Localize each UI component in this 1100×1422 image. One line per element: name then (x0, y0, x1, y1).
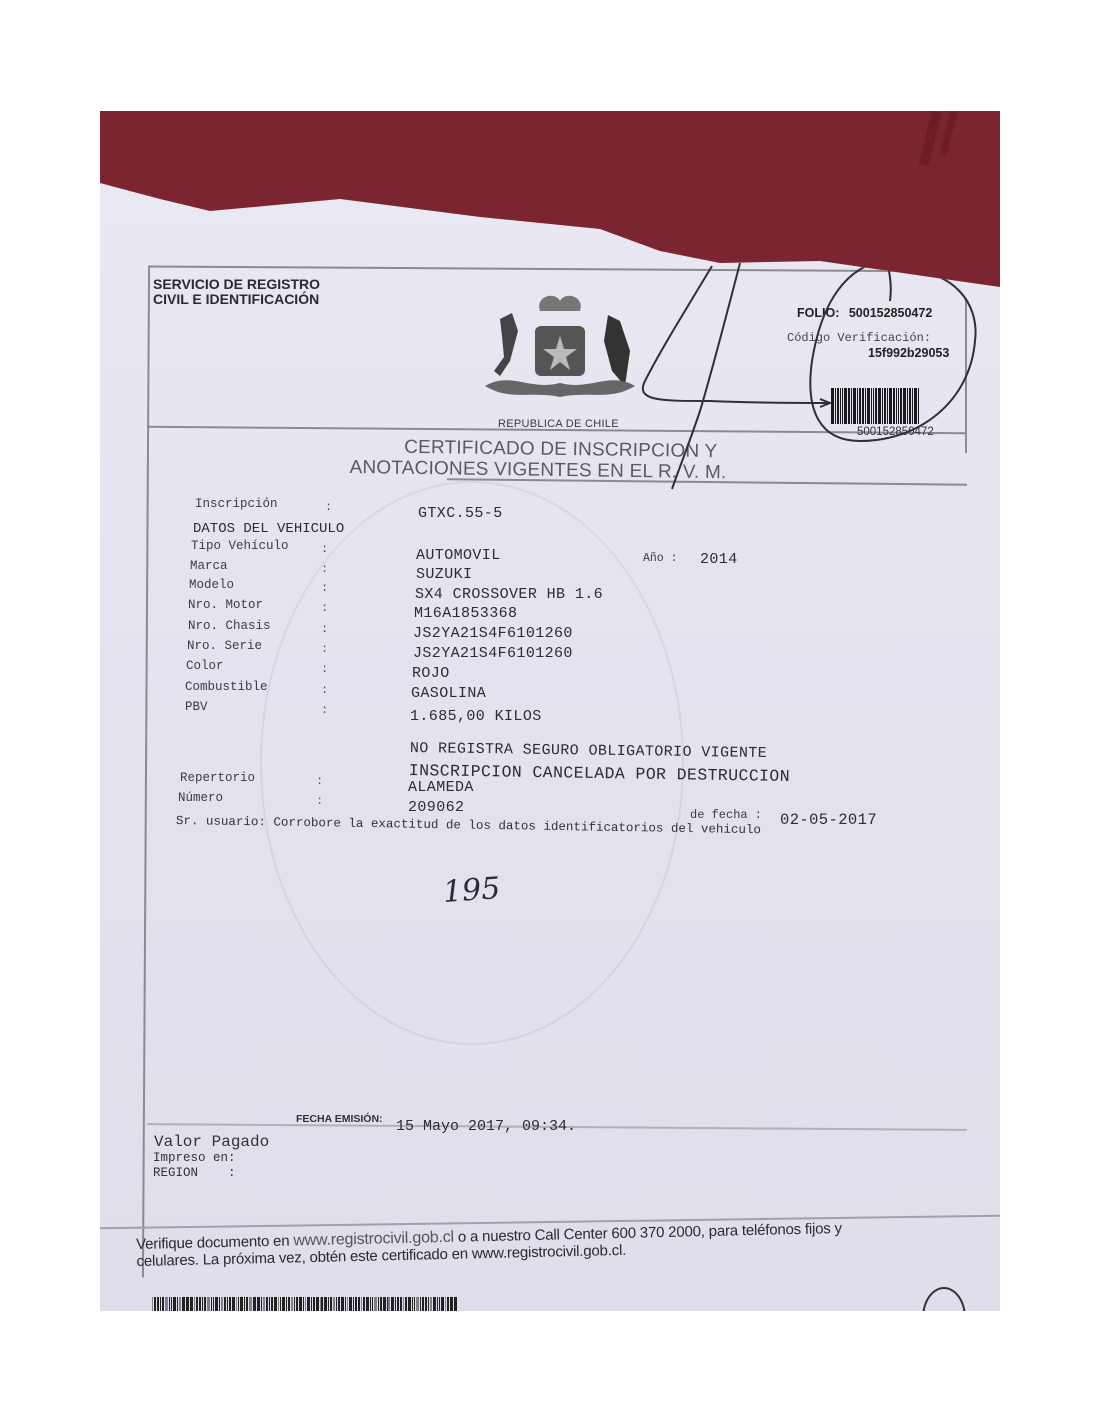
impreso-block: Impreso en: REGION : (153, 1151, 236, 1181)
colon: : (321, 542, 328, 556)
year-label: Año : (643, 552, 678, 565)
certificate-title: CERTIFICADO DE INSCRIPCION Y ANOTACIONES… (349, 436, 726, 483)
folio-label: FOLIO: (797, 306, 839, 320)
vehicle-field-value: AUTOMOVIL (416, 547, 501, 564)
vehicle-field-value: M16A1853368 (414, 605, 517, 622)
coat-of-arms-icon (480, 291, 640, 411)
colon: : (321, 562, 328, 576)
region-label: REGION (153, 1166, 198, 1180)
certificate-paper: SERVICIO DE REGISTRO CIVIL E IDENTIFICAC… (100, 111, 1000, 1311)
vehicle-field-value: JS2YA21S4F6101260 (413, 625, 573, 642)
vehicle-field-label: Nro. Chasis (188, 619, 271, 633)
vehicle-field-value: JS2YA21S4F6101260 (413, 645, 573, 662)
colon: : (316, 794, 323, 808)
de-fecha-label-text: de fecha (690, 808, 748, 822)
organization-line-1: SERVICIO DE REGISTRO (153, 277, 320, 292)
surface-mark (940, 111, 958, 156)
vehicle-field-value: GASOLINA (411, 685, 486, 702)
numero-label: Número (178, 791, 223, 805)
vehicle-field-value: 1.685,00 KILOS (410, 708, 542, 725)
fecha-emision-label: FECHA EMISIÓN: (296, 1113, 383, 1125)
region-line: REGION : (153, 1166, 236, 1181)
crest-caption: REPUBLICA DE CHILE (498, 418, 619, 430)
vehicle-field-value: SUZUKI (416, 566, 472, 583)
colon: : (321, 622, 328, 636)
vehicle-field-label: Combustible (185, 680, 268, 694)
organization-name: SERVICIO DE REGISTRO CIVIL E IDENTIFICAC… (153, 277, 320, 307)
surface-mark (918, 111, 941, 166)
vehicle-field-value: ROJO (412, 665, 450, 682)
repertorio-value: ALAMEDA (408, 779, 474, 796)
repertorio-label: Repertorio (180, 771, 255, 785)
colon: : (321, 662, 328, 676)
de-fecha-value: 02-05-2017 (780, 811, 877, 829)
verification-label: Código Verificación: (787, 331, 931, 345)
vehicle-field-label: Modelo (189, 578, 234, 592)
barcode-number: 500152850472 (857, 426, 934, 438)
impreso-en: Impreso en: (153, 1151, 236, 1166)
section-heading: DATOS DEL VEHICULO (193, 521, 344, 537)
folio: FOLIO: 500152850472 (797, 306, 932, 320)
colon: : (321, 703, 328, 717)
photo-background: SERVICIO DE REGISTRO CIVIL E IDENTIFICAC… (100, 111, 1000, 1311)
valor-pagado: Valor Pagado (154, 1133, 269, 1151)
colon: : (325, 500, 332, 514)
colon: : (316, 774, 323, 788)
colon: : (321, 683, 328, 697)
handwritten-arc (922, 1287, 966, 1311)
inscripcion-value: GTXC.55-5 (418, 505, 503, 522)
colon: : (321, 642, 328, 656)
year-value: 2014 (700, 551, 738, 568)
vehicle-field-label: Nro. Motor (188, 598, 263, 612)
inscripcion-label: Inscripción (195, 497, 278, 511)
fecha-emision-value: 15 Mayo 2017, 09:34. (396, 1118, 576, 1135)
pdf417-barcode (152, 1297, 457, 1311)
vehicle-field-label: Color (186, 659, 224, 673)
vehicle-field-label: Marca (190, 559, 228, 573)
vehicle-field-label: Nro. Serie (187, 639, 262, 653)
verification-code: 15f992b29053 (868, 346, 949, 360)
colon: : (321, 601, 328, 615)
barcode (831, 388, 961, 424)
handwritten-number: 195 (442, 871, 502, 910)
folio-value: 500152850472 (849, 306, 932, 320)
colon: : (321, 581, 328, 595)
numero-value: 209062 (408, 799, 464, 816)
year-label-text: Año (643, 552, 664, 565)
organization-line-2: CIVIL E IDENTIFICACIÓN (153, 292, 320, 307)
de-fecha-label: de fecha : (690, 808, 762, 822)
vehicle-field-label: PBV (185, 700, 208, 714)
vehicle-field-value: SX4 CROSSOVER HB 1.6 (415, 586, 603, 603)
vehicle-field-label: Tipo Vehículo (191, 539, 289, 553)
